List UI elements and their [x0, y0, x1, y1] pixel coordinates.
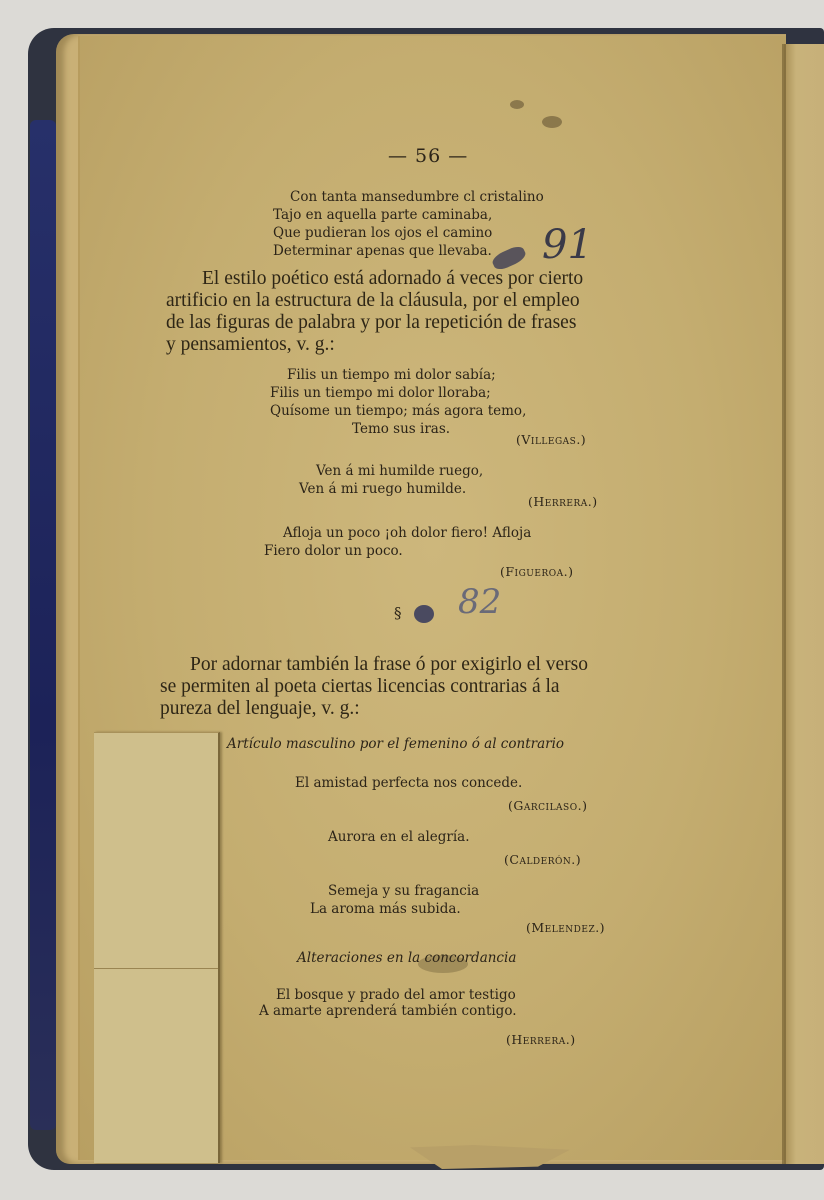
verse-line: Ven á mi ruego humilde. — [299, 480, 466, 499]
verse-line: Determinar apenas que llevaba. — [273, 242, 492, 261]
prose-line: de las figuras de palabra y por la repet… — [166, 312, 576, 334]
ink-blot — [414, 605, 434, 623]
verse-line: El amistad perfecta nos concede. — [295, 774, 522, 793]
section-heading: Artículo masculino por el femenino ó al … — [227, 736, 564, 752]
verse-line: A amarte aprenderá también contigo. — [259, 1002, 517, 1021]
attribution: (Melendez.) — [526, 920, 605, 935]
attribution: (Calderón.) — [504, 852, 581, 867]
verse-line: Quísome un tiempo; más agora temo, — [270, 402, 526, 421]
handwritten-number: 91 — [542, 222, 593, 268]
stain — [510, 100, 524, 109]
verse-line: Afloja un poco ¡oh dolor fiero! Afloja — [283, 524, 531, 543]
section-heading: Alteraciones en la concordancia — [297, 950, 516, 966]
verse-line: Tajo en aquella parte caminaba, — [273, 206, 492, 225]
verse-line: Aurora en el alegría. — [328, 828, 470, 847]
verse-line: Temo sus iras. — [352, 420, 450, 439]
prose-line: pureza del lenguaje, v. g.: — [160, 698, 360, 720]
attribution: (Herrera.) — [506, 1032, 576, 1047]
section-sign: § — [394, 604, 402, 622]
attribution: (Herrera.) — [528, 494, 598, 509]
verse-line: Ven á mi humilde ruego, — [316, 462, 483, 481]
book-spine-cloth — [30, 120, 56, 1130]
prose-line: y pensamientos, v. g.: — [166, 334, 335, 356]
verse-line: Semeja y su fragancia — [328, 882, 479, 901]
verse-line: Filis un tiempo mi dolor lloraba; — [270, 384, 491, 403]
prose-line: artificio en la estructura de la cláusul… — [166, 290, 580, 312]
verse-line: Con tanta mansedumbre cl cristalino — [290, 188, 544, 207]
facing-page-edge — [784, 44, 824, 1164]
gutter — [782, 44, 786, 1164]
fold-crease — [94, 968, 218, 969]
prose-line: Por adornar también la frase ó por exigi… — [190, 654, 588, 676]
handwritten-section-number: 82 — [458, 582, 501, 622]
folded-page-corner — [94, 732, 220, 1163]
stain — [542, 116, 562, 128]
verse-line: La aroma más subida. — [310, 900, 461, 919]
attribution: (Garcilaso.) — [508, 798, 587, 813]
verse-line: Fiero dolor un poco. — [264, 542, 403, 561]
page-number: — 56 — — [388, 145, 468, 167]
verse-line: Filis un tiempo mi dolor sabía; — [287, 366, 496, 385]
verse-line: Que pudieran los ojos el camino — [273, 224, 492, 243]
attribution: (Villegas.) — [516, 432, 586, 447]
prose-line: se permiten al poeta ciertas licencias c… — [160, 676, 560, 698]
prose-line: El estilo poético está adornado á veces … — [202, 268, 583, 290]
attribution: (Figueroa.) — [500, 564, 573, 579]
